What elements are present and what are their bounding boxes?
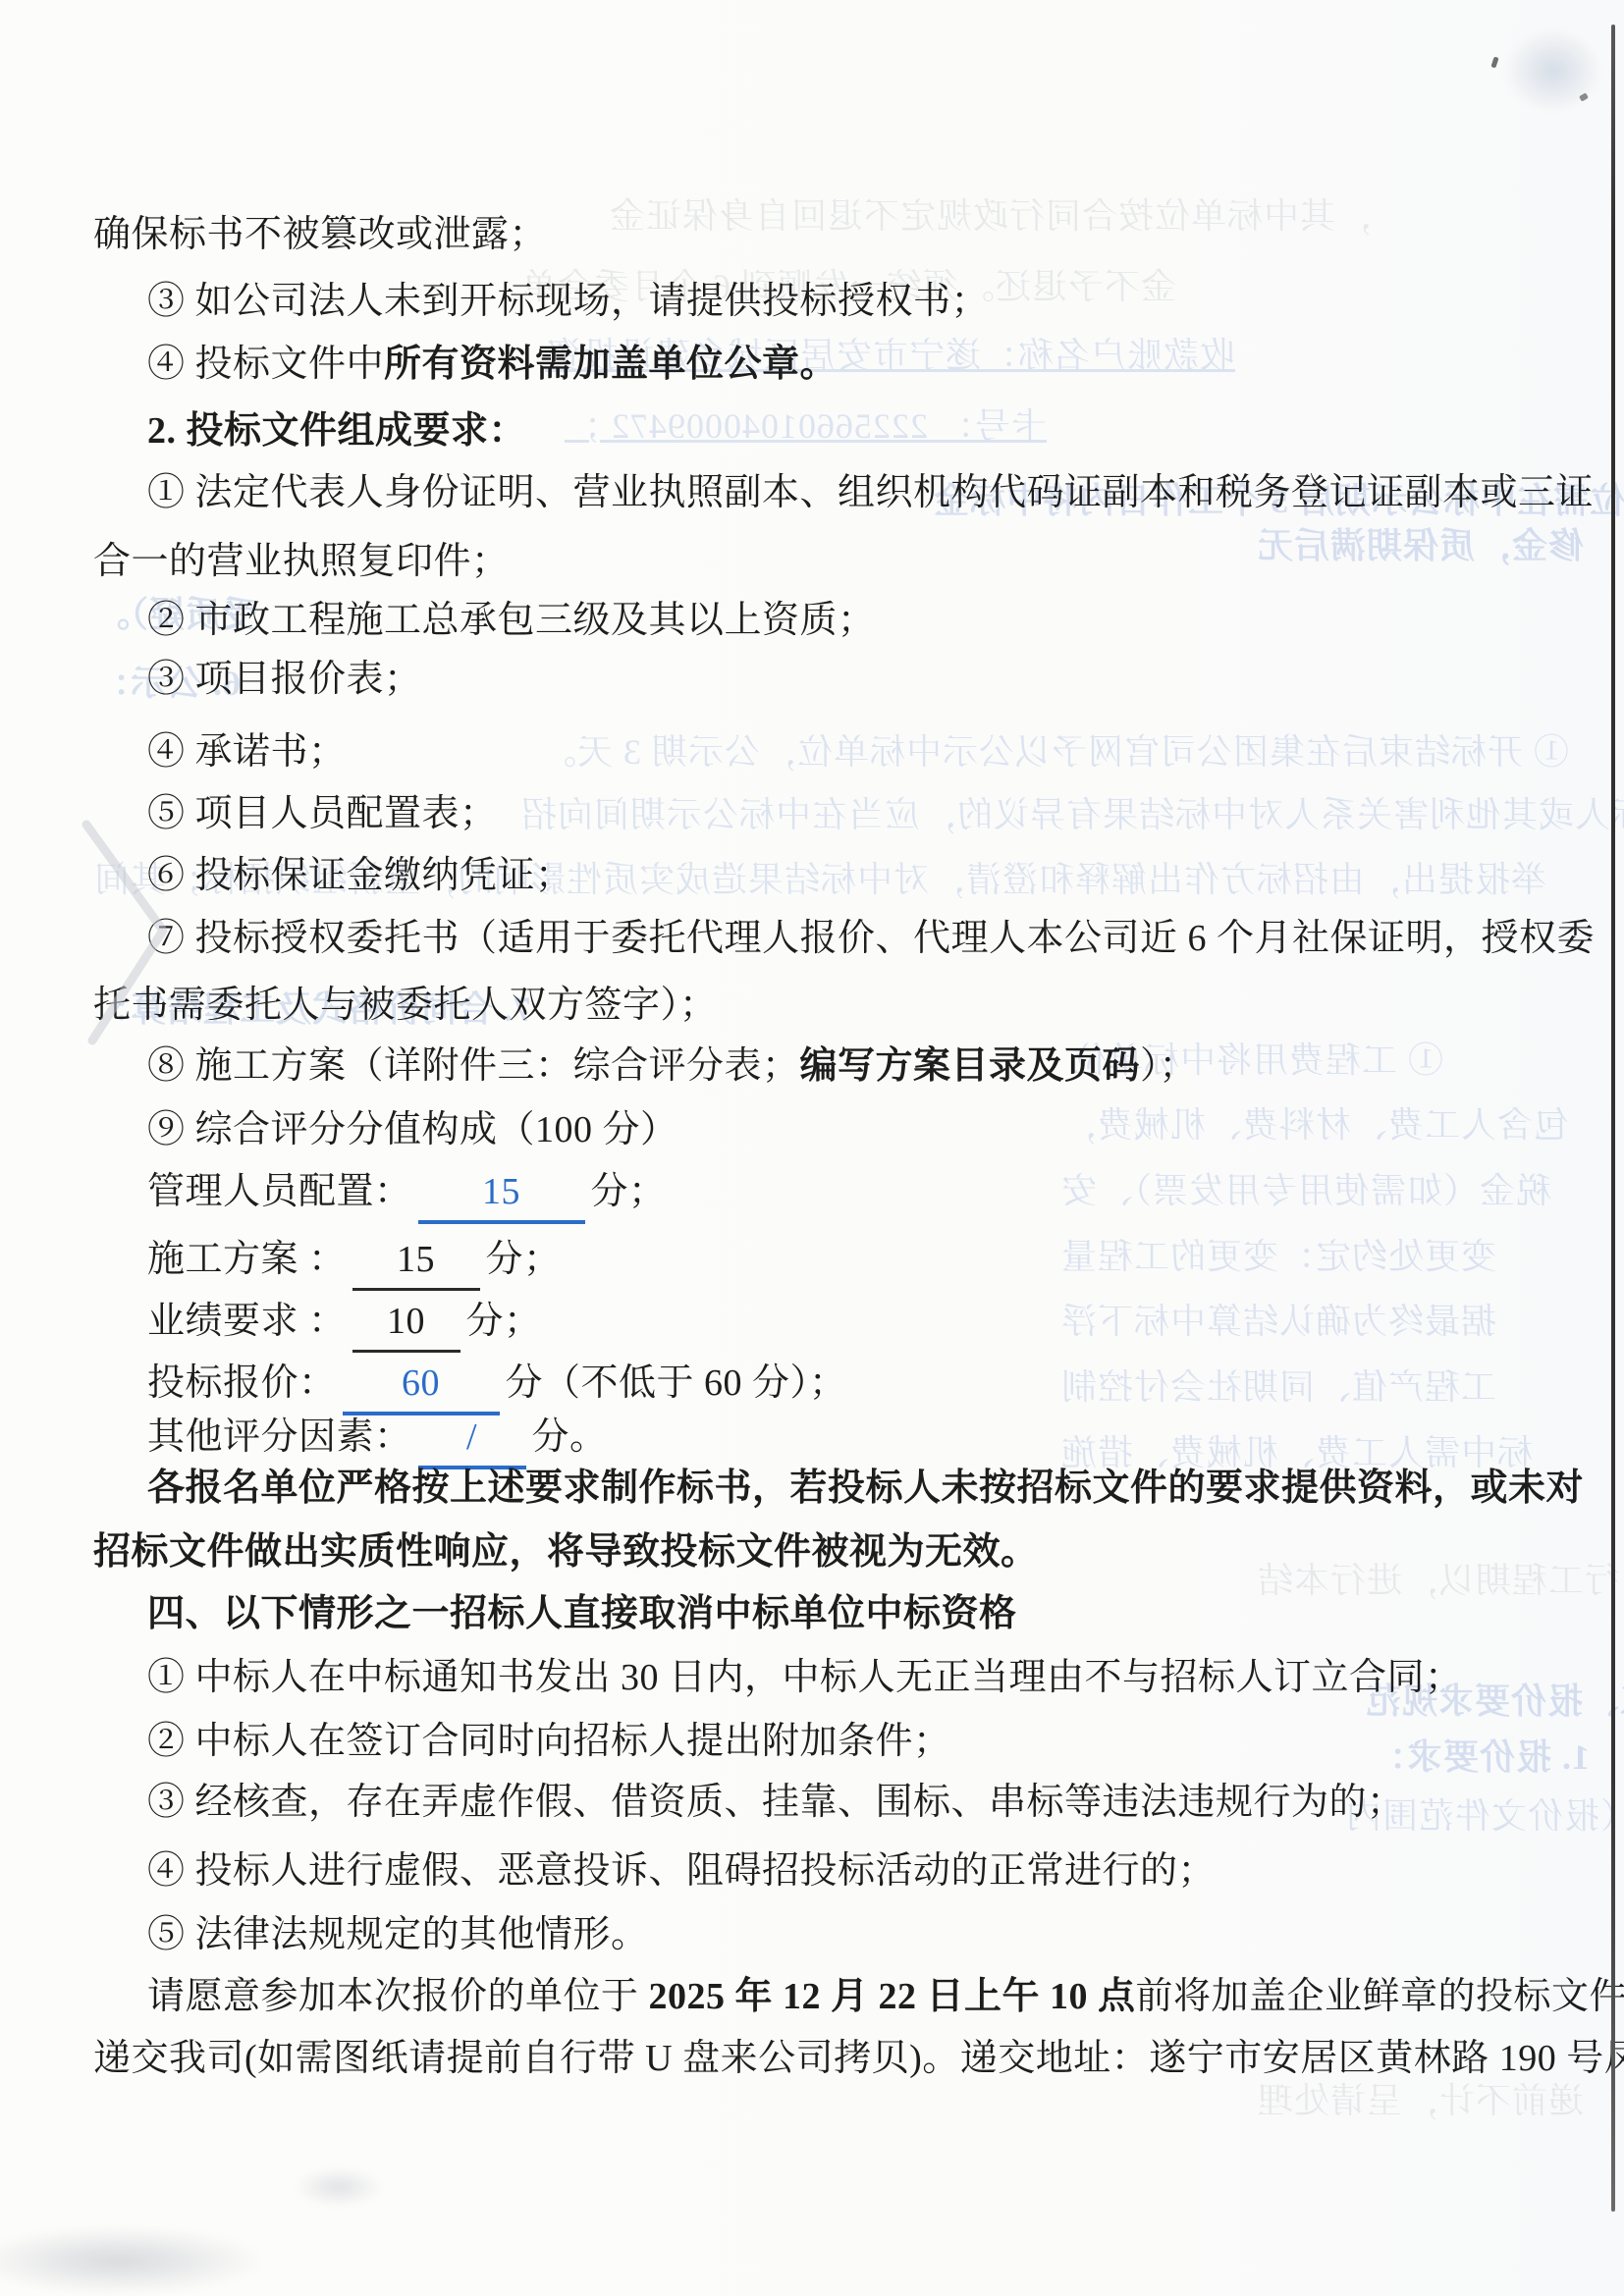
line-disq-1: ① 中标人在中标通知书发出 30 日内，中标人无正当理由不与招标人订立合同； — [147, 1649, 1463, 1706]
line-disq-2: ② 中标人在签订合同时向招标人提出附加条件； — [147, 1713, 951, 1770]
score-value: 10 — [352, 1293, 460, 1353]
text-segment: ② 中标人在签订合同时向招标人提出附加条件； — [147, 1721, 951, 1762]
paper-smudge — [295, 2167, 383, 2207]
bleedthrough-text: 据最终为确认结算中标下浮 — [1060, 1294, 1496, 1344]
text-segment: 请愿意参加本次报价的单位于 — [147, 1976, 649, 2017]
text-segment: ⑨ 综合评分分值构成（100 分） — [147, 1109, 678, 1150]
text-segment: 管理人员配置： — [147, 1171, 412, 1212]
pencil-chevron-mark — [69, 815, 187, 1055]
line-warning-b: 招标文件做出实质性响应，将导致投标文件被视为无效。 — [93, 1523, 1039, 1580]
text-segment: ② 市政工程施工总承包三级及其以上资质； — [147, 600, 876, 641]
bleedthrough-text: ① 开标结束后在集团公司官网予以公示中标单位，公示期 3 天。 — [540, 724, 1569, 774]
score-construction-plan: 施工方案 ：15分； — [147, 1231, 562, 1291]
score-management-staffing: 管理人员配置：15分； — [147, 1163, 667, 1224]
line-disq-3: ③ 经核查，存在弄虚作假、借资质、挂靠、围标、串标等违法违规行为的； — [147, 1774, 1405, 1831]
text-segment: 递交我司(如需图纸请提前自行带 U 盘来公司拷贝)。递交地址：遂宁市安居区黄林路… — [93, 2038, 1624, 2079]
text-segment: ⑦ 投标授权委托书（适用于委托代理人报价、代理人本公司近 6 个月社保证明，授权… — [147, 918, 1595, 959]
text-segment: 施工方案 ： — [147, 1239, 347, 1280]
bleedthrough-text: 1. 报价要求： — [1370, 1730, 1590, 1780]
line-req-2: ② 市政工程施工总承包三级及其以上资质； — [147, 592, 876, 649]
line-req-9: ⑨ 综合评分分值构成（100 分） — [147, 1101, 678, 1158]
text-segment: 分。 — [532, 1416, 608, 1458]
text-segment: 前将加盖企业鲜章的投标文件 — [1136, 1976, 1624, 2017]
score-performance: 业绩要求 ：10分； — [147, 1293, 542, 1353]
text-segment: ③ 经核查，存在弄虚作假、借资质、挂靠、围标、串标等违法违规行为的； — [147, 1782, 1405, 1823]
bleedthrough-text: 工程产值、同期社会付控制 — [1060, 1360, 1496, 1410]
text-segment: 托书需委托人与被委托人双方签字）； — [93, 985, 718, 1026]
scanned-document-page: ，其中标单位按合同行政规定不退回自身保证金金不予退还。须统一发顺到 6 个月委会… — [0, 0, 1624, 2296]
text-segment: ④ 投标文件中 — [147, 344, 384, 385]
line-seal-intro: 确保标书不被篡改或泄露； — [93, 206, 547, 263]
line-req-7a: ⑦ 投标授权委托书（适用于委托代理人报价、代理人本公司近 6 个月社保证明，授权… — [147, 910, 1595, 967]
bleedthrough-text: 卡号： 22256601040009472 ； — [565, 399, 1047, 449]
text-segment: ）； — [1140, 1045, 1197, 1087]
text-segment: 其他评分因素： — [147, 1416, 412, 1458]
text-segment: ③ 项目报价表； — [147, 659, 422, 700]
text-segment: 分； — [591, 1171, 667, 1212]
text-segment: 2. 投标文件组成要求： — [147, 410, 526, 452]
score-value: 15 — [352, 1231, 480, 1291]
paper-smudge — [0, 2226, 265, 2295]
line-req-5: ⑤ 项目人员配置表； — [147, 785, 498, 842]
line-submission-a: 请愿意参加本次报价的单位于 2025 年 12 月 22 日上午 10 点前将加… — [147, 1968, 1624, 2025]
bleedthrough-text: 修金，质保期满后无 — [1257, 518, 1584, 568]
score-bid-price: 投标报价：60分（不低于 60 分）； — [147, 1355, 847, 1415]
line-req-1a: ① 法定代表人身份证明、营业执照副本、组织机构代码证副本和税务登记证副本或三证 — [147, 464, 1594, 521]
text-segment: 分（不低于 60 分）； — [506, 1362, 847, 1404]
text-segment: 各报名单位严格按上述要求制作标书，若投标人未按招标文件的要求提供资料，或未对 — [147, 1468, 1584, 1509]
text-segment: ⑥ 投标保证金缴纳凭证； — [147, 855, 573, 896]
bleedthrough-text: 行工程期以，进行本结 — [1257, 1553, 1620, 1603]
line-req-7b: 托书需委托人与被委托人双方签字）； — [93, 977, 718, 1034]
bleedthrough-text: ，其中标单位按合同行政规定不退回自身保证金 — [609, 188, 1372, 239]
line-req-3: ③ 项目报价表； — [147, 651, 422, 708]
line-req-4: ④ 承诺书； — [147, 723, 347, 780]
score-value: 60 — [343, 1355, 500, 1415]
text-segment: 2025 年 12 月 22 日上午 10 点 — [649, 1976, 1136, 2017]
bleedthrough-text: 变更处约定：变更的工程量 — [1060, 1229, 1496, 1279]
score-value: 15 — [418, 1163, 585, 1224]
bleedthrough-text: ② 投标人或其他利害关系人对中标结果有异议的，应当在中标公示期间向招 — [520, 787, 1624, 837]
text-segment: 业绩要求 ： — [147, 1301, 347, 1342]
text-segment: 编写方案目录及页码 — [800, 1045, 1141, 1087]
page-edge-scan-line — [1611, 25, 1615, 2212]
text-segment: 分； — [466, 1301, 542, 1342]
bleedthrough-text: 包含人工费、材料费、机械费， — [1060, 1097, 1569, 1148]
text-segment: 确保标书不被篡改或泄露； — [93, 214, 547, 255]
text-segment: ④ 承诺书； — [147, 731, 347, 773]
heading-2-bid-file-requirements: 2. 投标文件组成要求： — [147, 402, 526, 459]
text-segment: 分； — [486, 1239, 562, 1280]
text-segment: ⑤ 法律法规规定的其他情形。 — [147, 1914, 649, 1955]
text-segment: ⑧ 施工方案（详附件三：综合评分表； — [147, 1045, 800, 1087]
line-disq-5: ⑤ 法律法规规定的其他情形。 — [147, 1906, 649, 1963]
line-disq-4: ④ 投标人进行虚假、恶意投诉、阻碍招投标活动的正常进行的； — [147, 1842, 1216, 1899]
line-warning-a: 各报名单位严格按上述要求制作标书，若投标人未按招标文件的要求提供资料，或未对 — [147, 1460, 1584, 1517]
text-segment: ③ 如公司法人未到开标现场，请提供投标授权书； — [147, 281, 989, 322]
text-segment: 投标报价： — [147, 1362, 337, 1404]
heading-4-disqualification: 四、以下情形之一招标人直接取消中标单位中标资格 — [147, 1585, 1017, 1642]
line-req-1b: 合一的营业执照复印件； — [93, 533, 510, 590]
text-segment: ④ 投标人进行虚假、恶意投诉、阻碍招投标活动的正常进行的； — [147, 1850, 1216, 1892]
text-segment: 所有资料需加盖单位公章。 — [384, 344, 838, 385]
line-item-3-authorization: ③ 如公司法人未到开标现场，请提供投标授权书； — [147, 273, 989, 330]
text-segment: 合一的营业执照复印件； — [93, 541, 510, 582]
bleedthrough-text: 税金（如需使用专用发票）、安 — [1060, 1163, 1551, 1213]
text-segment: ⑤ 项目人员配置表； — [147, 793, 498, 834]
text-segment: 招标文件做出实质性响应，将导致投标文件被视为无效。 — [93, 1531, 1039, 1573]
text-segment: ① 中标人在中标通知书发出 30 日内，中标人无正当理由不与招标人订立合同； — [147, 1657, 1463, 1698]
line-req-6: ⑥ 投标保证金缴纳凭证； — [147, 847, 573, 904]
line-submission-b: 递交我司(如需图纸请提前自行带 U 盘来公司拷贝)。递交地址：遂宁市安居区黄林路… — [93, 2030, 1624, 2087]
line-item-4-stamp: ④ 投标文件中所有资料需加盖单位公章。 — [147, 336, 838, 393]
text-segment: 四、以下情形之一招标人直接取消中标单位中标资格 — [147, 1593, 1017, 1634]
ink-speck — [1490, 56, 1498, 68]
line-req-8: ⑧ 施工方案（详附件三：综合评分表；编写方案目录及页码）； — [147, 1038, 1197, 1095]
text-segment: ① 法定代表人身份证明、营业执照副本、组织机构代码证副本和税务登记证副本或三证 — [147, 472, 1594, 513]
paper-smudge — [1504, 27, 1602, 114]
